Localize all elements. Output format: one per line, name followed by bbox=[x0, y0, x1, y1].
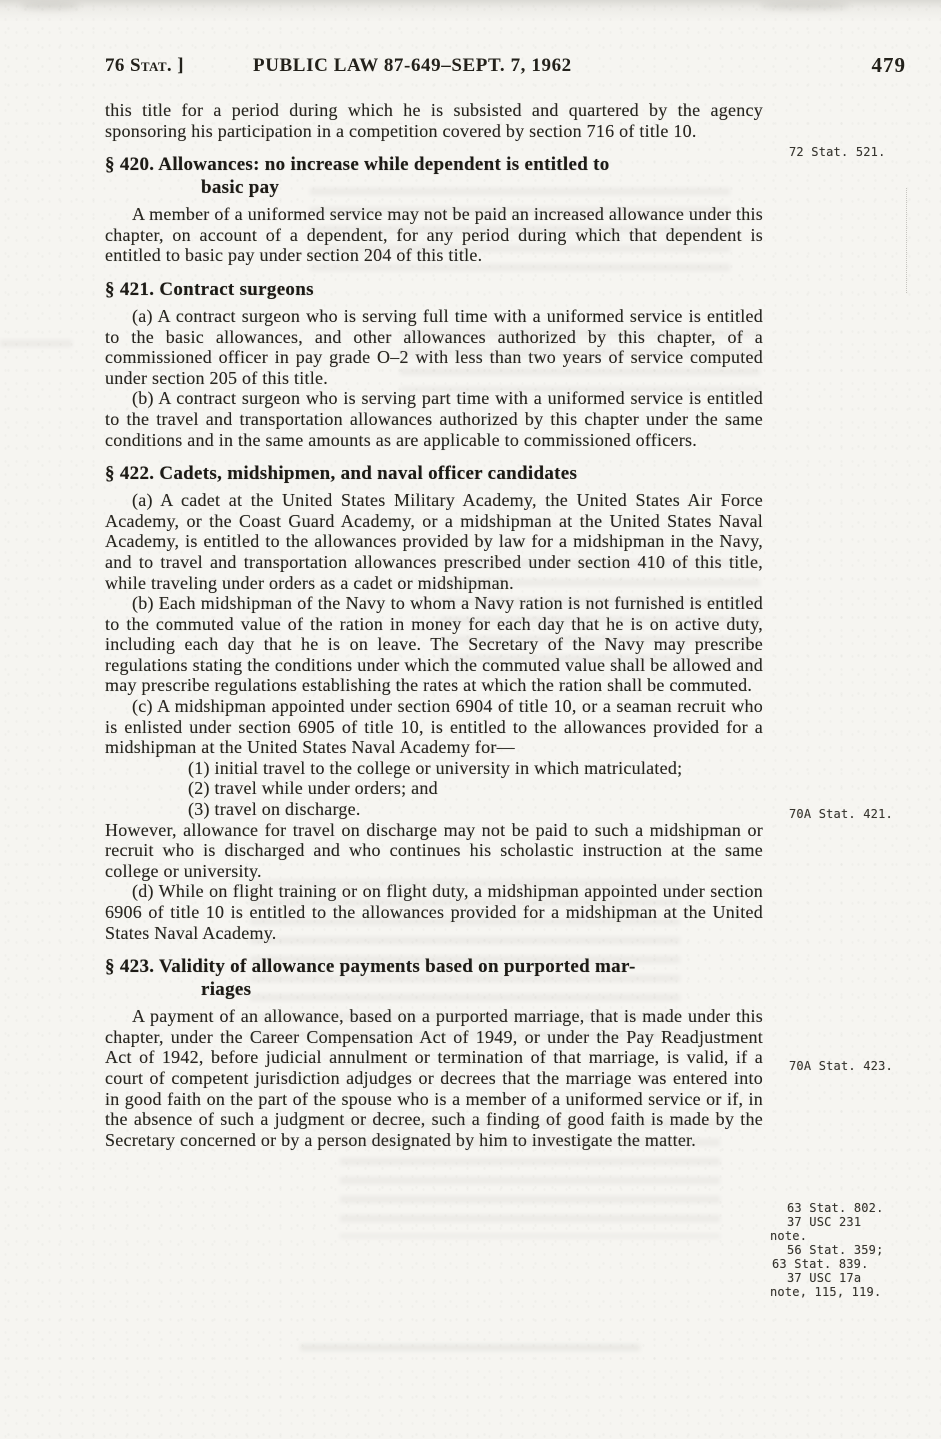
section-422-c-item-2: (2) travel while under orders; and bbox=[105, 778, 763, 799]
margin-citation: 37 USC 231 bbox=[787, 1216, 861, 1229]
section-422-a: (a) A cadet at the United States Militar… bbox=[105, 490, 763, 593]
heading-line: riages bbox=[105, 978, 763, 1001]
scan-smudge bbox=[20, 2, 80, 10]
running-header: 76 Stat. ] PUBLIC LAW 87-649–SEPT. 7, 19… bbox=[105, 55, 906, 81]
statutes-volume-label: 76 Stat. ] bbox=[105, 55, 184, 77]
heading-line: § 423. Validity of allowance payments ba… bbox=[105, 955, 763, 978]
section-422-heading: § 422. Cadets, midshipmen, and naval off… bbox=[105, 462, 763, 485]
section-422-b: (b) Each midshipman of the Navy to whom … bbox=[105, 593, 763, 696]
heading-line: § 421. Contract surgeons bbox=[105, 278, 763, 301]
section-422-d: (d) While on flight training or on fligh… bbox=[105, 881, 763, 943]
margin-citation: note, 115, 119. bbox=[770, 1286, 881, 1299]
section-423-heading: § 423. Validity of allowance payments ba… bbox=[105, 955, 763, 1001]
scanned-statute-page: 76 Stat. ] PUBLIC LAW 87-649–SEPT. 7, 19… bbox=[0, 0, 941, 1439]
heading-line: § 420. Allowances: no increase while dep… bbox=[105, 153, 763, 176]
scan-smudge bbox=[760, 2, 850, 10]
section-420-heading: § 420. Allowances: no increase while dep… bbox=[105, 153, 763, 199]
section-422-c-proviso: However, allowance for travel on dischar… bbox=[105, 820, 763, 882]
margin-citation: 37 USC 17a bbox=[787, 1272, 861, 1285]
statute-text: this title for a period during which he … bbox=[105, 100, 763, 1150]
section-420-body: A member of a uniformed service may not … bbox=[105, 204, 763, 266]
section-422-c: (c) A midshipman appointed under section… bbox=[105, 696, 763, 758]
margin-citation: 56 Stat. 359; bbox=[787, 1244, 884, 1257]
scan-line-artifact bbox=[906, 188, 907, 293]
heading-line: § 422. Cadets, midshipmen, and naval off… bbox=[105, 462, 763, 485]
section-422-c-item-1: (1) initial travel to the college or uni… bbox=[105, 758, 763, 779]
section-423-body: A payment of an allowance, based on a pu… bbox=[105, 1006, 763, 1150]
section-421-b: (b) A contract surgeon who is serving pa… bbox=[105, 388, 763, 450]
bleedthrough-artifact bbox=[300, 1344, 640, 1360]
margin-citation: 63 Stat. 802. bbox=[787, 1202, 884, 1215]
margin-citation: 72 Stat. 521. bbox=[789, 146, 886, 159]
margin-citation: note. bbox=[770, 1230, 807, 1243]
bleedthrough-artifact bbox=[0, 340, 72, 354]
page-number: 479 bbox=[872, 53, 907, 78]
public-law-title: PUBLIC LAW 87-649–SEPT. 7, 1962 bbox=[253, 55, 572, 77]
section-421-heading: § 421. Contract surgeons bbox=[105, 278, 763, 301]
section-421-a: (a) A contract surgeon who is serving fu… bbox=[105, 306, 763, 388]
margin-citation: 70A Stat. 423. bbox=[789, 1060, 893, 1073]
margin-citation: 70A Stat. 421. bbox=[789, 808, 893, 821]
section-422-c-item-3: (3) travel on discharge. bbox=[105, 799, 763, 820]
heading-line: basic pay bbox=[105, 176, 763, 199]
margin-citation: 63 Stat. 839. bbox=[772, 1258, 869, 1271]
paragraph-intro-continuation: this title for a period during which he … bbox=[105, 100, 763, 141]
